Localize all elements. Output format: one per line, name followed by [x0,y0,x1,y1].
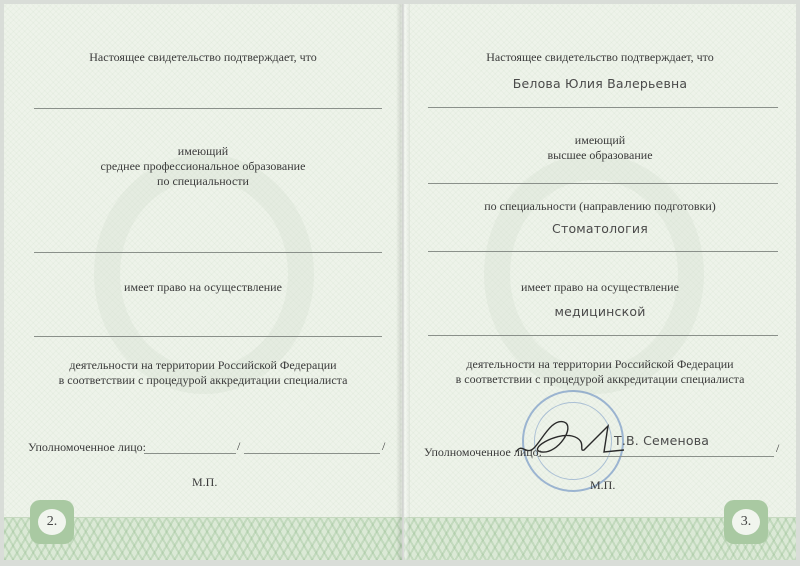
activity-line-2: в соответствии с процедурой аккредитации… [4,373,402,388]
page-number-badge: 2. [30,500,74,544]
page-number-badge: 3. [724,500,768,544]
right-label: имеет право на осуществление [4,280,402,295]
education-line-2: высшее образование [404,148,796,163]
activity-line-2: в соответствии с процедурой аккредитации… [404,372,796,387]
activity-line-1: деятельности на территории Российской Фе… [4,358,402,373]
signatory-name: Т.В. Семенова [614,433,709,448]
left-page: Настоящее свидетельство подтверждает, чт… [4,4,402,560]
intro-text: Настоящее свидетельство подтверждает, чт… [404,50,796,65]
right-label: имеет право на осуществление [404,280,796,295]
slash: / [776,441,779,456]
education-line-3: по специальности [4,174,402,189]
book-spine [396,4,410,560]
specialty-rule [34,252,382,253]
slash: / [382,439,385,454]
education-line-1: имеющий [404,133,796,148]
specialty-label: по специальности (направлению подготовки… [404,199,796,214]
right-page: Настоящее свидетельство подтверждает, чт… [404,4,796,560]
name-value: Белова Юлия Валерьевна [404,76,796,91]
specialty-value: Стоматология [404,221,796,236]
signature-line [538,456,774,457]
page-number: 2. [38,509,66,535]
education-rule [428,183,778,184]
name-rule [34,108,382,109]
signatory-name-line [244,453,380,454]
signatory-label: Уполномоченное лицо: [28,440,146,455]
activity-line-1: деятельности на территории Российской Фе… [404,357,796,372]
seal-label: М.П. [590,478,615,493]
name-rule [428,107,778,108]
page-number: 3. [732,509,760,535]
education-line-2: среднее профессиональное образование [4,159,402,174]
seal-label: М.П. [192,475,217,490]
activity-value: медицинской [404,304,796,319]
specialty-rule [428,251,778,252]
intro-text: Настоящее свидетельство подтверждает, чт… [4,50,402,65]
slash: / [237,439,240,454]
signatory-label: Уполномоченное лицо: [424,445,542,460]
education-line-1: имеющий [4,144,402,159]
activity-rule [428,335,778,336]
signature-line [144,453,236,454]
certificate-spread: Настоящее свидетельство подтверждает, чт… [0,0,800,566]
activity-rule [34,336,382,337]
